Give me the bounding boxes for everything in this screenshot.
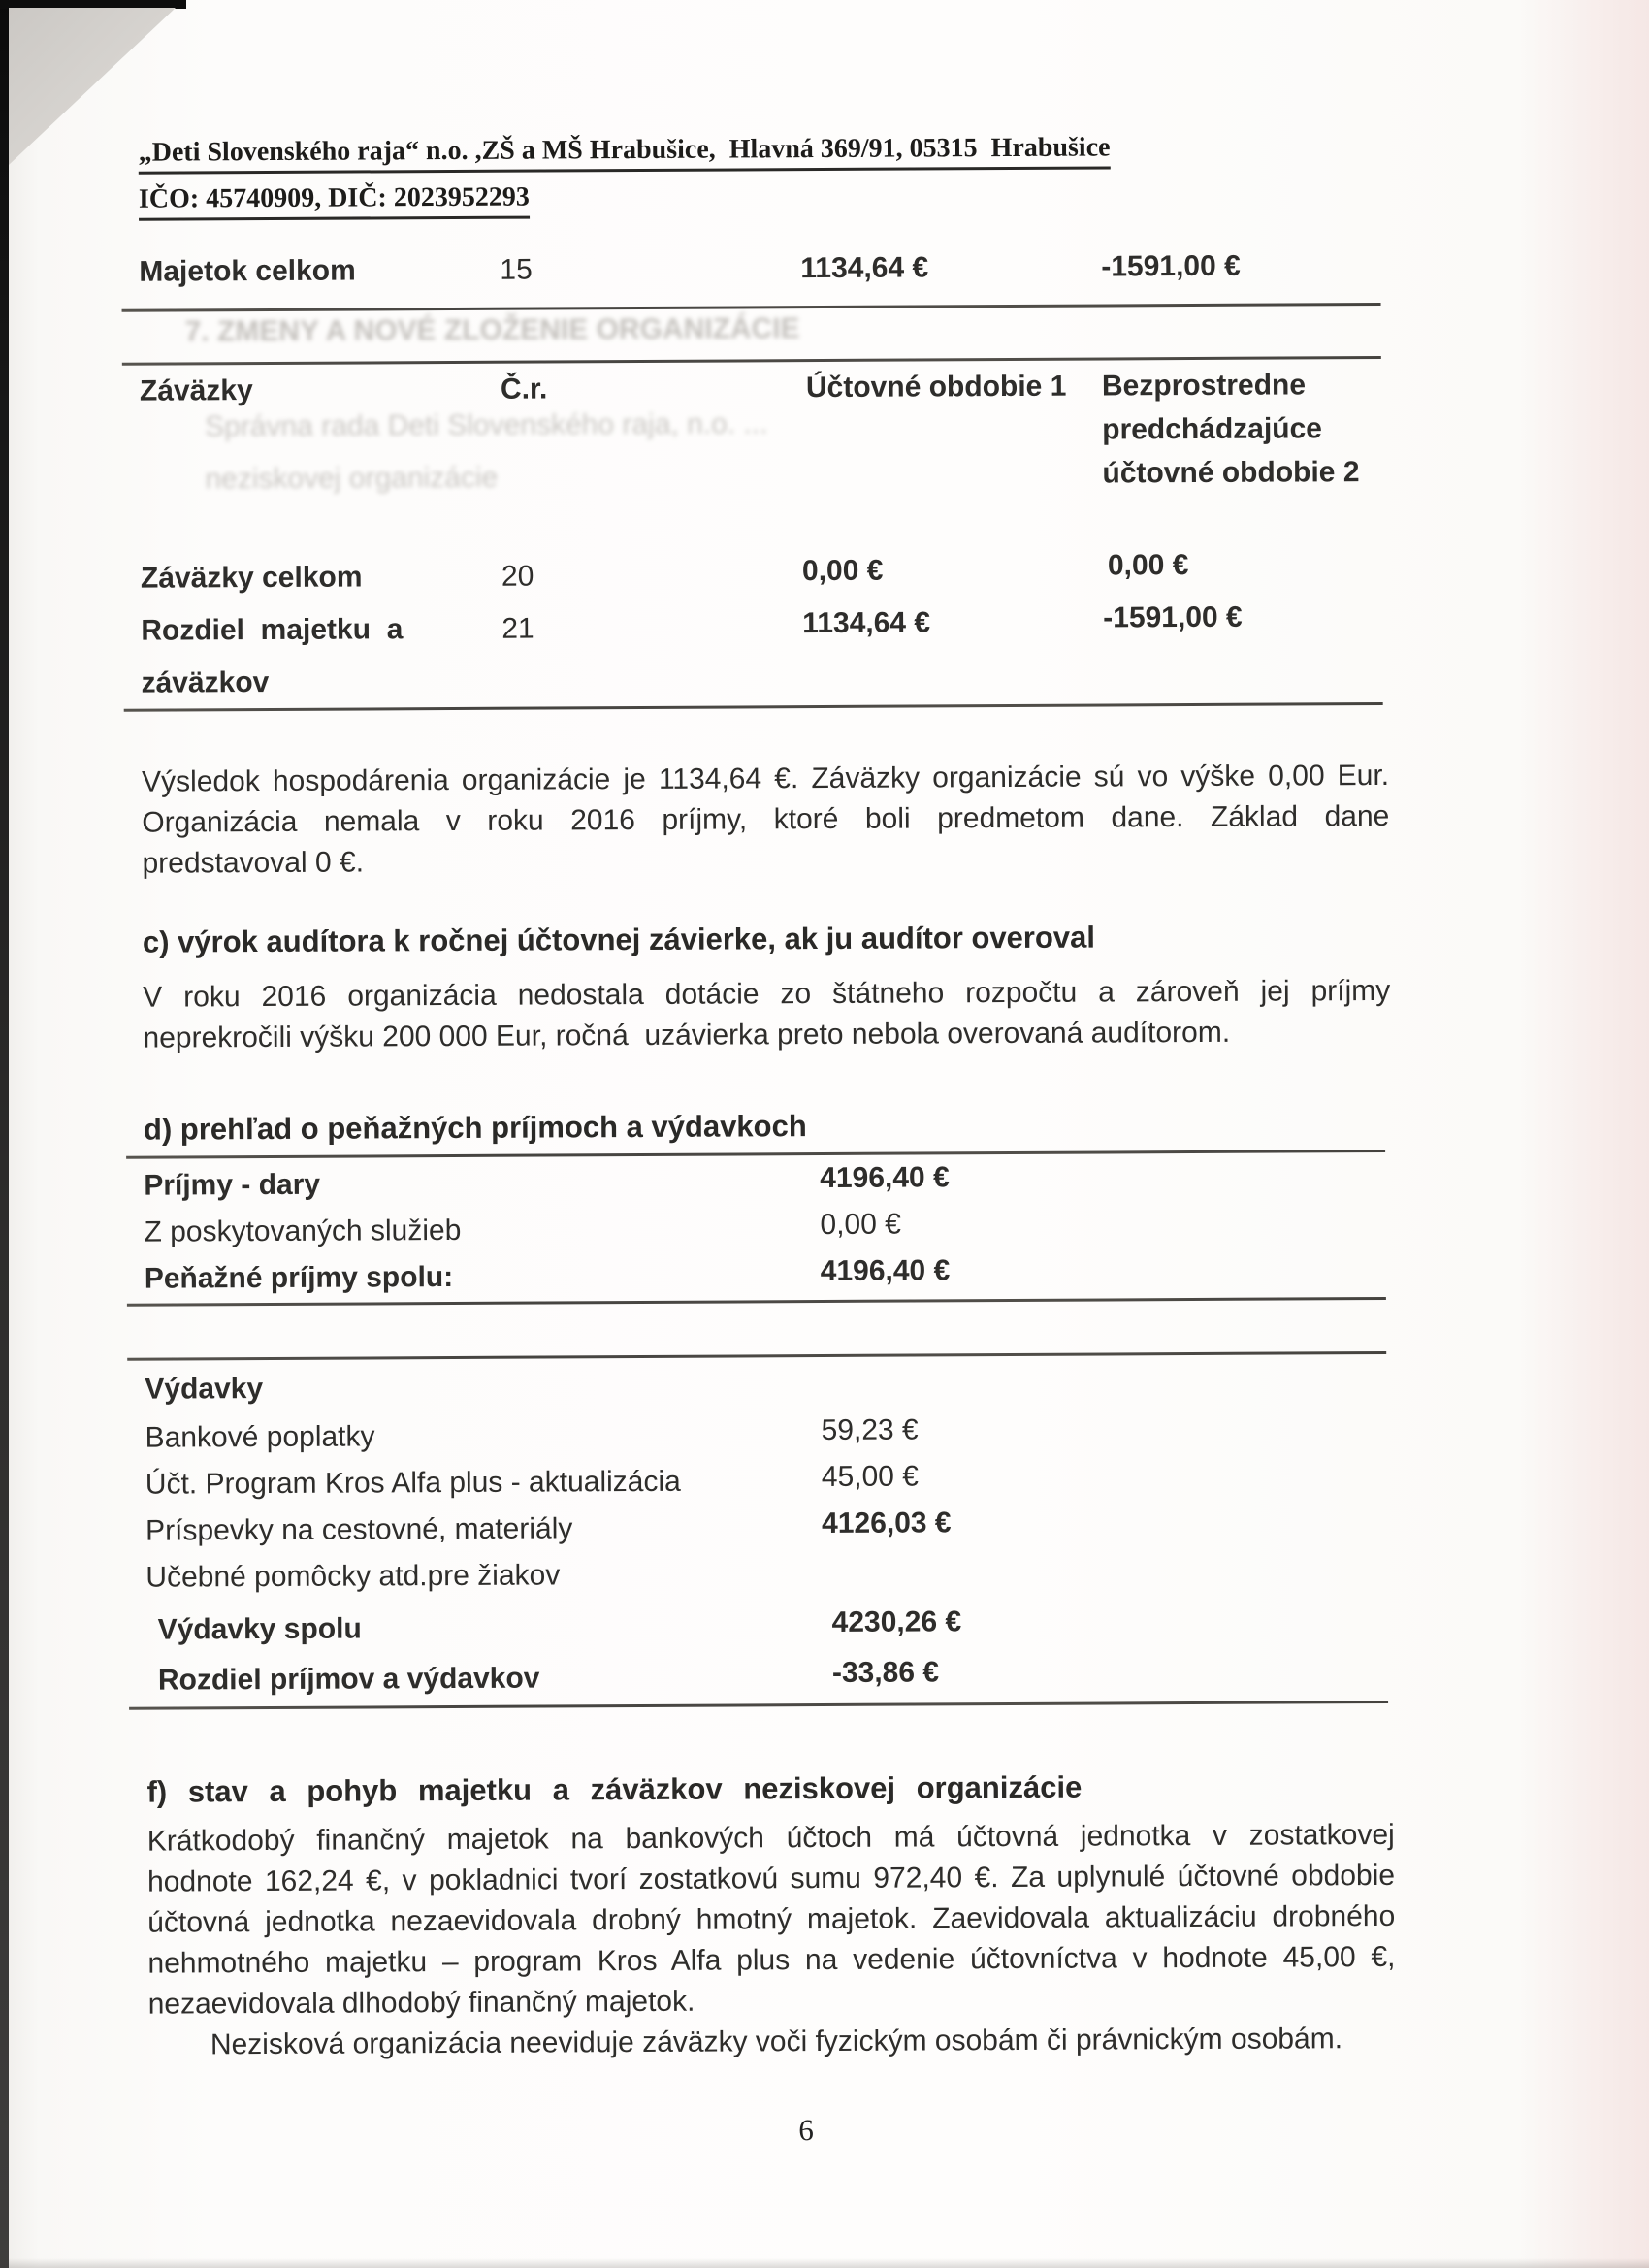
obdobie1-col-header: Účtovné obdobie 1 bbox=[806, 371, 1067, 405]
rozdiel-majetku-cr: 21 bbox=[501, 613, 534, 647]
horizontal-rule bbox=[129, 1701, 1388, 1710]
section-f-line2: hodnote 162,24 €, v pokladnici tvorí zos… bbox=[147, 1860, 1395, 1899]
section-c-line2: neprekročili výšku 200 000 Eur, ročná uz… bbox=[143, 1016, 1390, 1055]
bankove-poplatky-value: 59,23 € bbox=[822, 1413, 919, 1447]
horizontal-rule bbox=[124, 702, 1383, 712]
vydavky-header: Výdavky bbox=[145, 1373, 263, 1407]
section-f-line3: účtovná jednotka nezaevidovala drobný hm… bbox=[147, 1900, 1395, 1940]
ghost-bleedthrough-line1: Správna rada Deti Slovenského raja, n.o.… bbox=[205, 407, 767, 443]
prijmy-spolu-value: 4196,40 € bbox=[821, 1254, 951, 1288]
section-f-line1: Krátkodobý finančný majetok na bankových… bbox=[147, 1819, 1395, 1859]
majetok-value-period2: -1591,00 € bbox=[1101, 250, 1241, 284]
scan-bottom-shadow bbox=[0, 2258, 1649, 2268]
result-paragraph-line3: predstavoval 0 €. bbox=[142, 841, 1389, 881]
majetok-cr: 15 bbox=[500, 254, 533, 288]
vydavky-spolu-label: Výdavky spolu bbox=[158, 1613, 362, 1648]
section-f-line6: Nezisková organizácia neeviduje záväzky … bbox=[210, 2023, 1396, 2062]
zavazky-col-header: Záväzky bbox=[140, 374, 253, 408]
result-paragraph-line1: Výsledok hospodárenia organizácie je 113… bbox=[142, 760, 1389, 799]
horizontal-rule bbox=[127, 1351, 1386, 1361]
prijmy-spolu-label: Peňažné príjmy spolu: bbox=[145, 1261, 454, 1296]
scanner-edge-top bbox=[0, 0, 186, 9]
section-c-line1: V roku 2016 organizácia nedostala dotáci… bbox=[143, 975, 1390, 1015]
prijmy-dary-value: 4196,40 € bbox=[820, 1161, 950, 1195]
prijmy-dary-label: Príjmy - dary bbox=[144, 1169, 320, 1203]
scanned-financial-report-page: { "document": { "header_line1": "„Deti S… bbox=[0, 0, 1649, 2268]
section-f-line5: nezaevidovala dlhodobý finančný majetok. bbox=[148, 1982, 1396, 2022]
rozdiel-prijmov-label: Rozdiel príjmov a výdavkov bbox=[158, 1663, 540, 1699]
cr-col-header: Č.r. bbox=[501, 373, 548, 406]
prispevky-label: Príspevky na cestovné, materiály bbox=[145, 1512, 572, 1548]
horizontal-rule bbox=[127, 1297, 1386, 1307]
scanner-edge-left bbox=[0, 0, 9, 2268]
result-paragraph-line2: Organizácia nemala v roku 2016 príjmy, k… bbox=[142, 800, 1389, 840]
horizontal-rule bbox=[126, 1150, 1385, 1159]
rozdiel-majetku-label-line2: záväzkov bbox=[141, 666, 269, 700]
zavazky-celkom-value2: 0,00 € bbox=[1108, 549, 1189, 583]
org-header-line2: IČO: 45740909, DIČ: 2023952293 bbox=[139, 182, 530, 221]
ghost-bleedthrough-line2: neziskovej organizácie bbox=[205, 462, 498, 497]
section-c-heading: c) výrok audítora k ročnej účtovnej závi… bbox=[143, 921, 1095, 960]
sluzby-label: Z poskytovaných služieb bbox=[144, 1215, 461, 1249]
rozdiel-majetku-value2: -1591,00 € bbox=[1103, 601, 1243, 635]
bankove-poplatky-label: Bankové poplatky bbox=[145, 1420, 375, 1455]
rozdiel-prijmov-value: -33,86 € bbox=[832, 1656, 939, 1690]
kros-alfa-value: 45,00 € bbox=[822, 1460, 919, 1494]
ucebne-pomocky-label: Učebné pomôcky atd.pre žiakov bbox=[145, 1559, 560, 1595]
zavazky-celkom-value1: 0,00 € bbox=[802, 555, 884, 589]
rozdiel-majetku-value1: 1134,64 € bbox=[802, 606, 930, 640]
zavazky-celkom-cr: 20 bbox=[501, 561, 534, 595]
section-f-heading: f) stav a pohyb majetku a záväzkov nezis… bbox=[146, 1770, 1082, 1810]
horizontal-rule bbox=[122, 303, 1381, 312]
ghost-bleedthrough-heading: 7. ZMENY A NOVÉ ZLOŽENIE ORGANIZÁCIE bbox=[185, 312, 800, 348]
zavazky-celkom-label: Záväzky celkom bbox=[141, 561, 363, 596]
page-number: 6 bbox=[798, 2113, 814, 2148]
sluzby-value: 0,00 € bbox=[820, 1209, 901, 1243]
obdobie2-col-header-line3: účtovné obdobie 2 bbox=[1102, 456, 1359, 491]
horizontal-rule bbox=[122, 356, 1381, 366]
majetok-label: Majetok celkom bbox=[139, 255, 356, 290]
section-f-line4: nehmotného majetku – program Kros Alfa p… bbox=[147, 1941, 1395, 1981]
majetok-value-period1: 1134,64 € bbox=[800, 251, 928, 285]
obdobie2-col-header-line2: predchádzajúce bbox=[1102, 412, 1322, 447]
rozdiel-majetku-label-line1: Rozdiel majetku a bbox=[141, 613, 403, 648]
obdobie2-col-header-line1: Bezprostredne bbox=[1102, 369, 1306, 404]
kros-alfa-label: Účt. Program Kros Alfa plus - aktualizác… bbox=[145, 1466, 681, 1502]
page-content: „Deti Slovenského raja“ n.o. ,ZŠ a MŠ Hr… bbox=[0, 0, 1649, 2268]
section-d-heading: d) prehľad o peňažných príjmoch a výdavk… bbox=[144, 1109, 807, 1148]
prispevky-value: 4126,03 € bbox=[822, 1507, 952, 1540]
scanned-page-background: „Deti Slovenského raja“ n.o. ,ZŠ a MŠ Hr… bbox=[0, 0, 1649, 2268]
org-header-line1: „Deti Slovenského raja“ n.o. ,ZŠ a MŠ Hr… bbox=[139, 132, 1111, 174]
vydavky-spolu-value: 4230,26 € bbox=[832, 1605, 962, 1639]
